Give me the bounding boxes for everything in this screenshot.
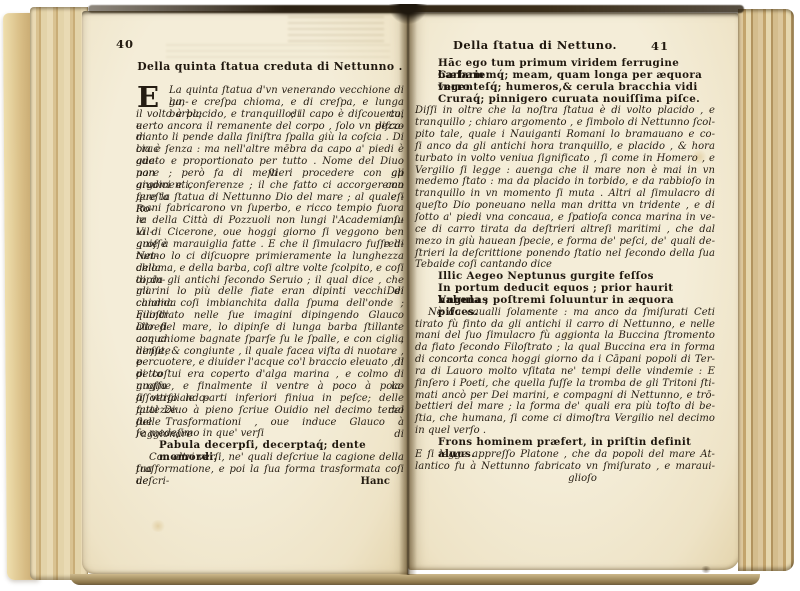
text-line: bettieri del mare ; la forma de' quali e… [415, 401, 715, 413]
text-line: il volto è placido, e tranquillo; il cap… [136, 109, 404, 121]
catchword: Hanc [361, 476, 405, 488]
text-line: turbato in volto veniua ſignificato , ſi… [415, 153, 715, 165]
text-line: ſue Trasformationi , oue induce Glauco à… [136, 417, 404, 429]
text-line: ra di Lauoro molto vſitata ne' tempi del… [415, 366, 715, 378]
text-line: ra della Città di Pozzuoli non lungi l'A… [136, 215, 404, 227]
gutter-top-shadow [389, 4, 427, 24]
catchword-line: glioſo [415, 473, 715, 485]
book-photo: 40 Della quinta ſtatua creduta di Nettun… [0, 0, 800, 591]
text-line: lantico fu à Nettunno fabricato vn ſmiſu… [415, 461, 715, 473]
text-line: E ſi legge appreſſo Platone , che da pop… [415, 449, 715, 461]
text-line: mani del ſuo ſimulacro fù aggionta la Bu… [415, 330, 715, 342]
text-line: giudici e conferenze ; il che fatto ci a… [136, 180, 404, 192]
text-line: manto li pende dalla ſiniſtra ſpalla giù… [136, 132, 404, 144]
text-line: con chiome bagnate ſparſe ſu le ſpalle, … [136, 334, 404, 346]
text-line: denſe, & congiunte , il quale facea viſt… [136, 346, 404, 358]
text-line: chioma, e della barba, coſi altre volte … [136, 263, 404, 275]
text-line: mezo in giù hauean ſpecie, e forma de' p… [415, 236, 715, 248]
text-line: Filoſtrato nelle ſue imagini dipingendo … [136, 310, 404, 322]
text-line: tranquillo in vn momento ſi muta . Altri… [415, 188, 715, 200]
text-line: ſere la ſtatua di Nettunno Dio del mare … [136, 192, 404, 204]
text-line: Ingenteſq́; humeros,& cerula bracchia vi… [415, 82, 715, 94]
text-line: cia è ſenza : ma nell'altre mēbra da cap… [136, 144, 404, 156]
text-line: medemo ſtato : ma da placido in torbido,… [415, 176, 715, 188]
left-page-text-block: La quinta ſtatua d'vn venerando vecchion… [136, 85, 404, 488]
text-line: ce di carro tirata da deſtrieri altreſi … [415, 224, 715, 236]
text-line: guato e proportionato per tutto . Nome d… [136, 156, 404, 168]
text-line: mati ancò per Dei marini, e compagni di … [415, 390, 715, 402]
text-line: finſero i Poeti, che quella fuſſe la tro… [415, 378, 715, 390]
text-line: Cruraq́; pinnigero curuata nouiſſima piſ… [415, 94, 715, 106]
running-header-right: Della ſtatua di Nettuno. [413, 38, 657, 52]
text-line: di coſtui era coperto d'alga marina , e … [136, 369, 404, 381]
text-line: ſtrieri la deſcrittione ponendo ſtatio n… [415, 248, 715, 260]
text-line: ſotto a' piedi vna concaua, e ſpatioſa c… [415, 212, 715, 224]
text-line: Cæſariemq́; meam, quam longa per æquora … [415, 70, 715, 82]
text-line: pito tale, quale i Nauiganti Romani lo b… [415, 129, 715, 141]
text-line: la di Cicerone, oue hoggi giorno ſi vegg… [136, 227, 404, 239]
text-line: tunno lo ci diſcuopre primieramente la l… [136, 251, 404, 263]
text-line: Vngula ; poſtremi ſoluuntur in æquora pi… [415, 295, 715, 307]
text-line: ga, e creſpa chioma, e di creſpa, e lung… [136, 97, 404, 109]
text-line: Vergilio ſi legge : auenga che il mare n… [415, 165, 715, 177]
text-line: queſto Dio poneuano nella man dritta vn … [415, 200, 715, 212]
text-line: Con altri verſi, ne' quali deſcriue la c… [136, 452, 404, 464]
running-header-left: Della quinta ſtatua creduta di Nettunno … [136, 60, 404, 73]
catchword-line: ueHanc [136, 476, 404, 488]
text-line: La quinta ſtatua d'vn venerando vecchion… [136, 85, 404, 97]
text-line: mani fabricarono vn ſuperbo, e ricco tem… [136, 203, 404, 215]
text-line: qual Diuo à pieno ſcriue Ouidio nel deci… [136, 405, 404, 417]
text-line: di concorta conca hoggi giorno da i Cāpa… [415, 354, 715, 366]
show-through-smudge [288, 16, 384, 42]
line-start-text: ue [136, 476, 148, 488]
text-line: ſi verſo le parti inferiori finiua in pe… [136, 393, 404, 405]
text-line: tranquillo ; chiaro argomento , e ſimbol… [415, 117, 715, 129]
page-stack-left-edge [30, 7, 88, 580]
page-stack-fore-edge [738, 9, 794, 571]
text-line: traſformatione, e poi la ſua forma trasf… [136, 464, 404, 476]
text-line: chioma coſi imbianchita dalla ſpuma dell… [136, 298, 404, 310]
page-number-right: 41 [651, 39, 669, 53]
text-line: Frons hominem præfert, in priſtin defini… [415, 437, 715, 449]
text-line: percuotere, e diuider l'acque co'l bracc… [136, 357, 404, 369]
stain-spot [150, 520, 166, 532]
text-line: quie à marauiglia fatte . E che il ſimul… [136, 239, 404, 251]
text-line: ſtia, che humana, ſi come ci dimoſtra Ve… [415, 413, 715, 425]
text-line: Dio del mare, lo dipinſe di lunga barba … [136, 322, 404, 334]
show-through-smudge [166, 44, 390, 58]
text-line: Nè da caualli ſolamente : ma anco da ſmi… [415, 307, 715, 319]
right-page-text-block: Hāc ego tum primum viridem ferrugine bar… [415, 58, 715, 484]
stain-spot [700, 566, 712, 573]
page-number-left: 40 [116, 37, 134, 51]
text-line: da fiato ſecondo Filoſtrato ; la qual Bu… [415, 342, 715, 354]
text-line: to da gli antichi ſecondo Seruio ; il qu… [136, 275, 404, 287]
text-line: marini lo più delle fiate eran dipinti v… [136, 286, 404, 298]
text-line: tirato fù finto da gli antichi il carro … [415, 319, 715, 331]
text-line: pare ; però fa di meſtieri procedere con… [136, 168, 404, 180]
book-bottom-edge [70, 574, 760, 585]
text-line: uerto ancora il remanente del corpo , ſo… [136, 121, 404, 133]
text-line: Diſſi in oltre che la noſtra ſtatua è di… [415, 105, 715, 117]
text-line: nugine, e finalmente il ventre à poco à … [136, 381, 404, 393]
text-line: ſi anco da gli antichi hora tranquillo, … [415, 141, 715, 153]
text-line: Pabula decerpſi, decerptaq́; dente momor… [136, 440, 404, 452]
